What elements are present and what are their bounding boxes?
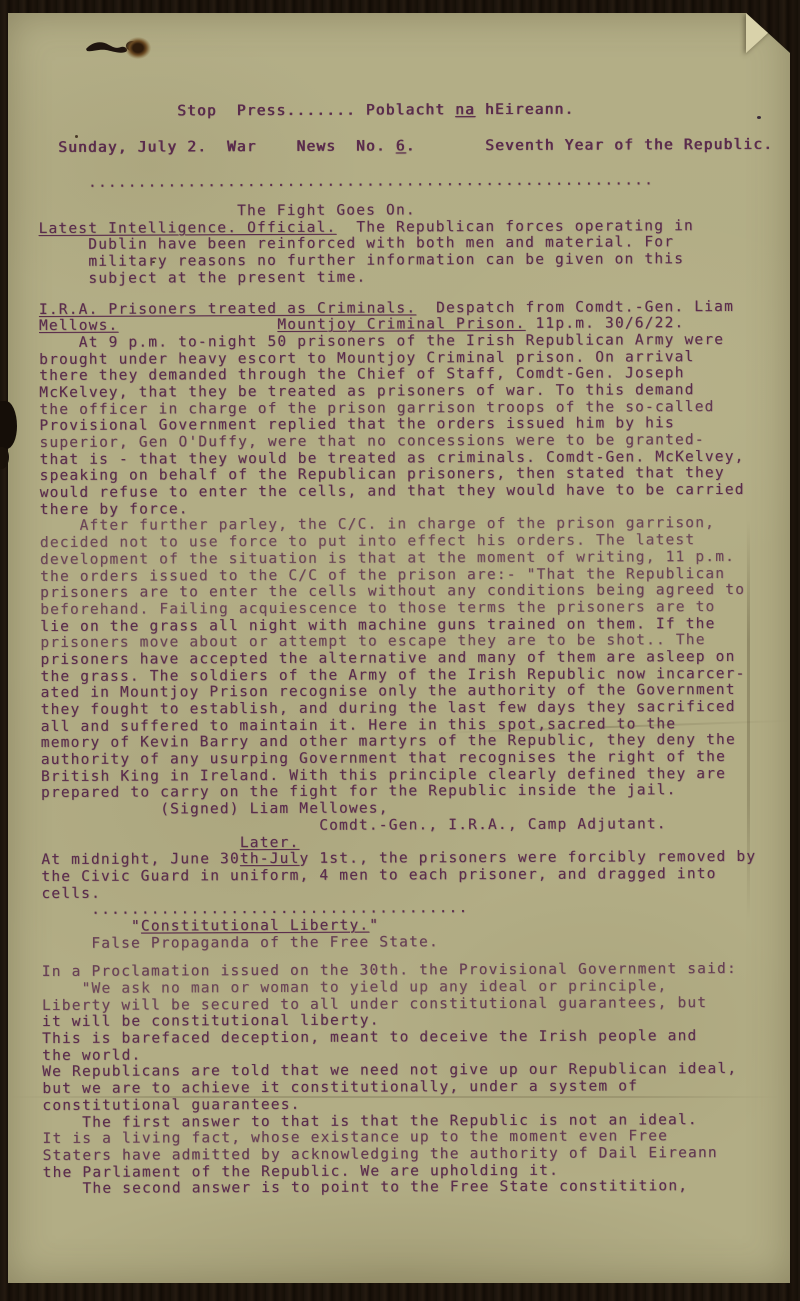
doc-line-53: We Republicans are told that we need not…	[42, 1061, 790, 1081]
scan-background: { "colors":{"paper":"#b2ad85","ink":"#5a…	[0, 0, 800, 1301]
burn-spot	[125, 37, 151, 59]
doc-line-0: Stop Press....... Poblacht na hEireann.	[38, 101, 786, 121]
typewritten-text: Stop Press....... Poblacht na hEireann. …	[38, 101, 791, 1198]
doc-line-46: False Propaganda of the Free State.	[42, 932, 790, 952]
underlined-text: Constitutional Liberty.	[141, 917, 369, 934]
fold-crease	[744, 0, 788, 15]
doc-line-1: Sunday, July 2. War News No. 6. Seventh …	[38, 136, 786, 156]
doc-line-26: beforehand. Failing acquiescence to thos…	[40, 599, 788, 619]
doc-line-16: superior, Gen O'Duffy, were that no conc…	[39, 432, 787, 452]
doc-line-14: the officer in charge of the prison garr…	[39, 398, 787, 418]
doc-line-19: would refuse to enter the cells, and tha…	[40, 482, 788, 502]
underlined-text: Later.	[240, 834, 300, 850]
underlined-text: na	[455, 102, 475, 118]
doc-line-49: Liberty will be secured to all under con…	[42, 994, 790, 1014]
doc-line-58: Staters have admitted by acknowledging t…	[43, 1145, 791, 1165]
doc-line-2: ........................................…	[38, 172, 786, 192]
doc-line-60: The second answer is to point to the Fre…	[43, 1178, 791, 1198]
doc-line-7: subject at the present time.	[39, 268, 787, 288]
doc-line-51: This is barefaced deception, meant to de…	[42, 1028, 790, 1048]
doc-line-28: prisoners move about or attempt to escap…	[40, 632, 788, 652]
doc-line-42: the Civic Guard in uniform, 4 men to eac…	[41, 866, 789, 886]
underlined-text: Mellows.	[39, 318, 119, 334]
underlined-text: Latest Intelligence. Official.	[39, 219, 337, 236]
underlined-text: Mountjoy Criminal Prison.	[277, 316, 525, 333]
underlined-text: I.R.A. Prisoners treated as Criminals.	[39, 300, 416, 318]
underlined-text: 6	[396, 138, 406, 154]
doc-line-6: military reasons no further information …	[39, 251, 787, 271]
folded-corner	[746, 13, 790, 53]
underlined-text: th-Jul	[240, 851, 300, 867]
